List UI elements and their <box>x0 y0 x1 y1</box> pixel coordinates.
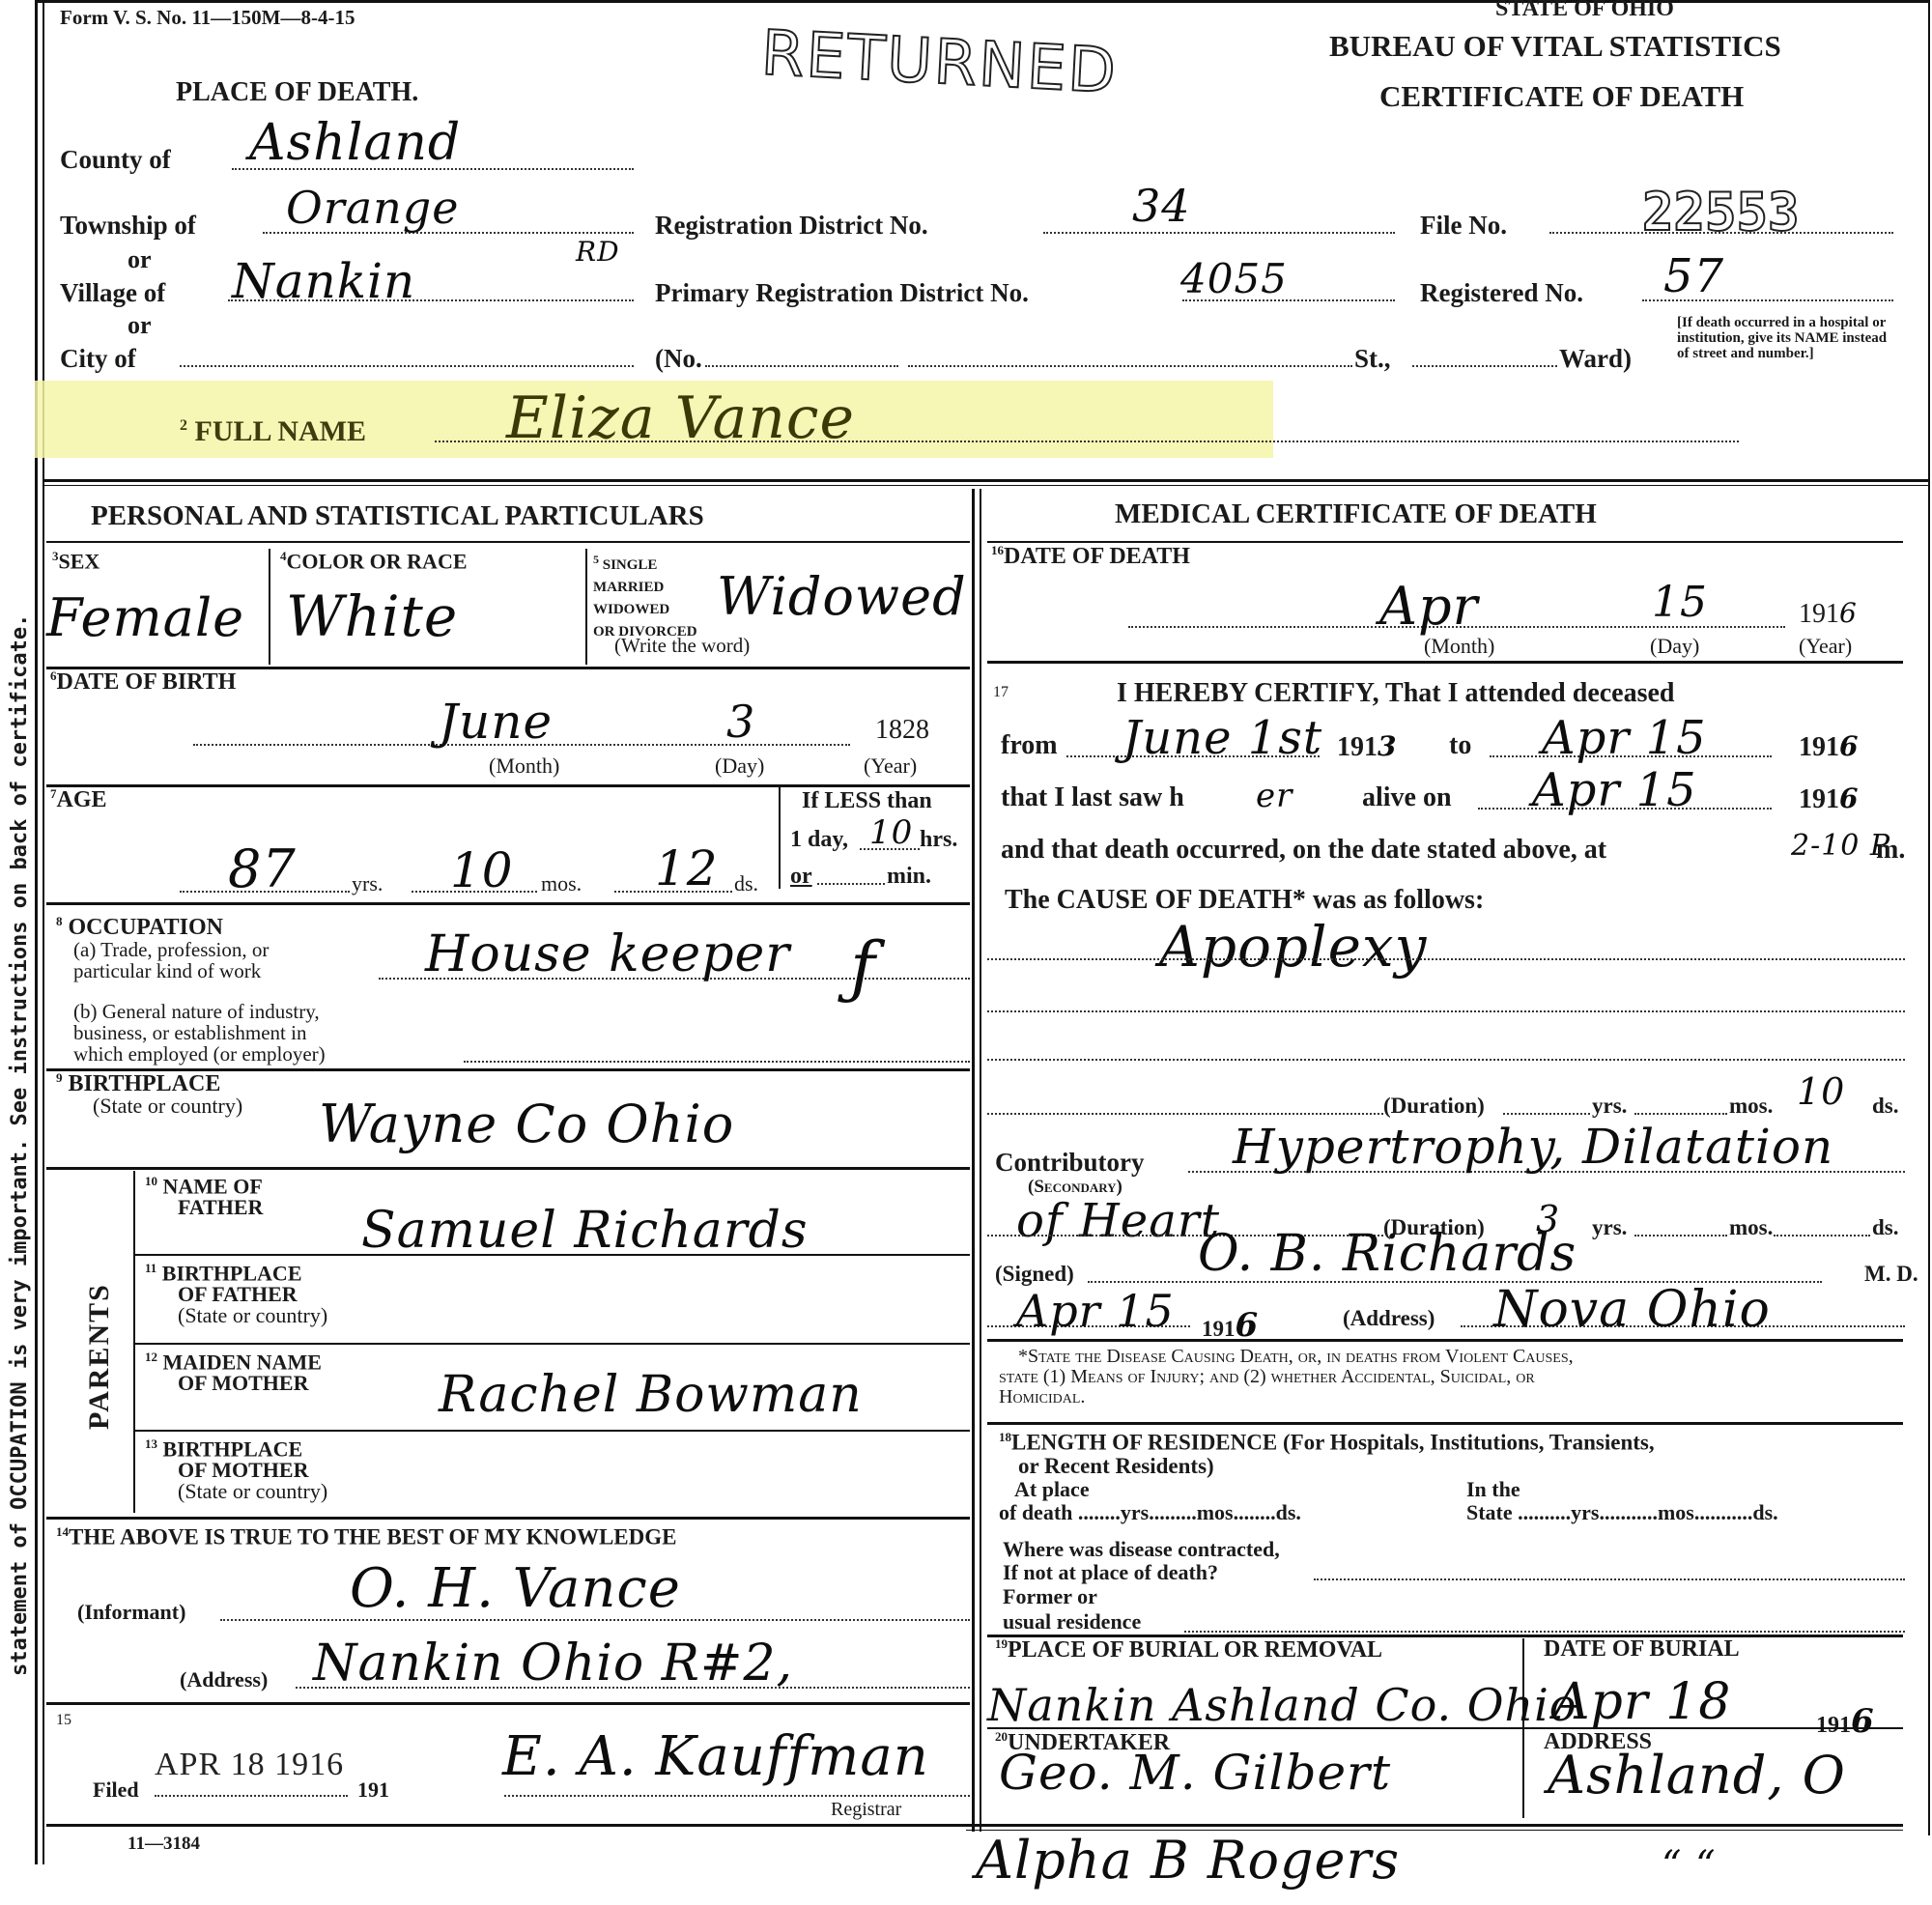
personal-heading-rule <box>46 541 970 543</box>
section-separator <box>44 479 1928 482</box>
dod-day-caption: (Day) <box>1650 634 1699 659</box>
cause-duration-yrs: yrs. <box>1592 1094 1627 1119</box>
city-label: City of <box>60 344 136 374</box>
where-contracted-label: Where was disease contracted, If not at … <box>1003 1538 1280 1584</box>
certificate-title: CERTIFICATE OF DEATH <box>1379 79 1744 114</box>
contrib-duration-ds-line <box>1774 1235 1870 1237</box>
filing-num: 15 <box>56 1712 71 1729</box>
street-line <box>908 365 1352 367</box>
row-rule-mother-bp <box>135 1430 970 1432</box>
undertaker-address-value[interactable]: Ashland, O <box>1548 1745 1846 1805</box>
informant-address-label: (Address) <box>180 1667 268 1692</box>
dob-day-caption: (Day) <box>715 753 764 779</box>
father-bp-label: 11 BIRTHPLACE OF FATHER (State or countr… <box>145 1258 327 1326</box>
primary-district-label: Primary Registration District No. <box>655 278 1029 308</box>
from-value[interactable]: June 1st <box>1122 711 1322 765</box>
day-hrs-label: 1 day, <box>790 827 848 853</box>
age-label: 7AGE <box>50 786 107 813</box>
mother-bp-label: 13 BIRTHPLACE OF MOTHER (State or countr… <box>145 1434 327 1502</box>
reg-district-label: Registration District No. <box>655 211 928 241</box>
cause-line-2 <box>987 1010 1905 1012</box>
to-year[interactable]: 1916 <box>1799 730 1859 763</box>
md-address-value[interactable]: Nova Ohio <box>1493 1281 1771 1339</box>
occurred-label: and that death occurred, on the date sta… <box>1001 835 1606 866</box>
cause-duration-ds-value[interactable]: 10 <box>1797 1070 1845 1113</box>
sex-label: 3SEX <box>52 549 99 574</box>
contributory-value-2[interactable]: of Heart <box>1016 1194 1220 1248</box>
row-rule-residence <box>987 1422 1903 1425</box>
father-label: 10 NAME OF FATHER <box>145 1171 263 1218</box>
contrib-duration-mos: mos. <box>1729 1215 1773 1240</box>
full-name-label: 2 FULL NAME <box>180 415 366 448</box>
alive-on-value[interactable]: Apr 15 <box>1532 763 1697 817</box>
hrs-value[interactable]: 10 <box>869 813 913 852</box>
to-label: to <box>1449 730 1471 761</box>
signed-value[interactable]: O. B. Richards <box>1198 1225 1577 1283</box>
cause-duration-line <box>987 1113 1383 1115</box>
residence-label: 18LENGTH OF RESIDENCE (For Hospitals, In… <box>999 1426 1655 1478</box>
ward-label: Ward) <box>1559 344 1632 374</box>
dob-year-caption: (Year) <box>864 753 917 779</box>
burial-date-label: DATE OF BURIAL <box>1544 1636 1740 1663</box>
or-label-1: or <box>128 245 152 274</box>
md-address-label: (Address) <box>1343 1306 1435 1331</box>
row-rule-father-bp <box>135 1254 970 1256</box>
county-label: County of <box>60 145 171 175</box>
street-no-label: (No. <box>655 344 702 374</box>
race-value[interactable]: White <box>286 583 458 649</box>
dob-month[interactable]: June <box>439 694 553 750</box>
signed-date[interactable]: Apr 15 <box>1016 1285 1175 1337</box>
burial-label: 19PLACE OF BURIAL OR REMOVAL <box>995 1636 1382 1663</box>
filed-year-prefix: 191 <box>357 1777 389 1803</box>
place-of-death-heading: PLACE OF DEATH. <box>176 77 418 108</box>
undertaker-value[interactable]: Geo. M. Gilbert <box>999 1745 1391 1801</box>
filed-stamp[interactable]: APR 18 1916 <box>155 1747 344 1783</box>
md-label: M. D. <box>1864 1262 1918 1287</box>
sex-label-text: SEX <box>59 549 100 573</box>
in-state-label: In the State ..........yrs...........mos… <box>1466 1478 1778 1524</box>
cause-duration-ds: ds. <box>1872 1094 1899 1119</box>
marital-hint: (Write the word) <box>614 634 750 658</box>
dod-month[interactable]: Apr <box>1379 576 1478 637</box>
father-value[interactable]: Samuel Richards <box>361 1202 809 1260</box>
or-min-label: or <box>790 864 812 890</box>
occ-correction-mark: ƒ <box>850 927 876 1007</box>
cause-duration-mos: mos. <box>1729 1094 1773 1119</box>
informant-address-value[interactable]: Nankin Ohio R#2, <box>313 1635 793 1692</box>
parents-divider <box>133 1171 135 1513</box>
row-rule-mother <box>135 1343 970 1345</box>
marital-widowed: WIDOWED <box>593 599 697 621</box>
row-rule-bottom <box>966 1824 1903 1827</box>
occupation-label: 8 OCCUPATION <box>56 914 223 941</box>
dob-label: 6DATE OF BIRTH <box>50 668 236 696</box>
race-label-text: COLOR OR RACE <box>287 549 468 573</box>
state-title: STATE OF OHIO <box>1495 0 1674 22</box>
full-name-label-text: FULL NAME <box>195 415 367 447</box>
marital-single: 5 SINGLE <box>593 549 697 577</box>
mother-label: 12 MAIDEN NAME OF MOTHER <box>145 1347 322 1394</box>
occ-b-line <box>464 1061 970 1063</box>
extra-signature[interactable]: Alpha B Rogers <box>976 1830 1400 1891</box>
contributory-value-1[interactable]: Hypertrophy, Dilatation <box>1233 1119 1833 1175</box>
ward-line <box>1412 365 1557 367</box>
township-label: Township of <box>60 211 196 241</box>
full-name-num: 2 <box>180 417 187 434</box>
burial-date-value[interactable]: Apr 18 <box>1553 1673 1731 1731</box>
contrib-duration-mos-line <box>1634 1235 1727 1237</box>
mother-value[interactable]: Rachel Bowman <box>439 1366 863 1424</box>
personal-heading: PERSONAL AND STATISTICAL PARTICULARS <box>91 500 704 532</box>
signed-label: (Signed) <box>995 1262 1074 1287</box>
reg-district-line <box>1043 232 1395 234</box>
from-year[interactable]: 1913 <box>1337 730 1397 763</box>
cause-duration-mos-line <box>1634 1113 1727 1115</box>
row-rule-occupation <box>46 902 970 905</box>
dod-year-caption: (Year) <box>1799 634 1852 659</box>
bureau-title: BUREAU OF VITAL STATISTICS <box>1329 29 1781 64</box>
cause-duration-label: (Duration) <box>1383 1094 1485 1119</box>
registrar-signature[interactable]: E. A. Kauffman <box>502 1725 929 1788</box>
certify-num: 17 <box>993 684 1009 701</box>
at-place-label: At place of death ........yrs.........mo… <box>999 1478 1301 1524</box>
former-residence-line <box>1184 1631 1905 1633</box>
parents-label: PARENTS <box>83 1283 116 1430</box>
race-marital-divider <box>585 549 587 665</box>
cause-line-1 <box>987 958 1905 960</box>
ditto-marks: “ “ <box>1662 1843 1717 1888</box>
age-yrs-caption: yrs. <box>352 871 383 896</box>
row-rule-informant <box>46 1517 970 1520</box>
row-rule-age <box>46 784 970 787</box>
min-caption: min. <box>887 864 931 890</box>
village-note: RD <box>576 236 620 268</box>
village-label: Village of <box>60 278 165 308</box>
right-border <box>1928 0 1930 1835</box>
occ-b-label: (b) General nature of industry, business… <box>73 1001 326 1065</box>
primary-district-value[interactable]: 4055 <box>1180 255 1288 302</box>
dod-month-caption: (Month) <box>1424 634 1494 659</box>
center-divider-right <box>980 489 981 1832</box>
hrs-caption: hrs. <box>920 827 957 853</box>
age-ds-caption: ds. <box>734 871 758 896</box>
alive-year[interactable]: 1916 <box>1799 782 1859 815</box>
birthplace-sub: (State or country) <box>93 1094 242 1119</box>
row-rule-filing <box>46 1702 970 1705</box>
certify-line1: I HEREBY CERTIFY, That I attended deceas… <box>1117 678 1675 709</box>
row-rule-certify <box>987 661 1903 664</box>
cause-label: The CAUSE OF DEATH* was as follows: <box>1005 885 1484 916</box>
footnote: *State the Disease Causing Death, or, in… <box>999 1347 1574 1407</box>
marital-married: MARRIED <box>593 577 697 599</box>
file-no-label: File No. <box>1420 211 1507 241</box>
file-no-value[interactable]: 22553 <box>1642 182 1800 242</box>
age-years-value[interactable]: 87 <box>228 839 297 899</box>
occ-a-label: (a) Trade, profession, or particular kin… <box>73 939 269 981</box>
former-residence-label: Former or usual residence <box>1003 1584 1141 1635</box>
dod-day[interactable]: 15 <box>1652 578 1708 627</box>
dob-year[interactable]: 1828 <box>875 715 929 746</box>
street-no-line <box>705 365 898 367</box>
to-value[interactable]: Apr 15 <box>1542 711 1707 765</box>
section-separator-2 <box>44 485 1928 486</box>
reg-district-value[interactable]: 34 <box>1132 180 1191 232</box>
form-code: 11—3184 <box>128 1834 200 1855</box>
cause-duration-yrs-line <box>1503 1113 1590 1115</box>
age-mos-caption: mos. <box>541 871 582 896</box>
less-than-label: If LESS than <box>802 788 932 814</box>
informant-label: (Informant) <box>77 1600 185 1625</box>
center-divider-left <box>972 489 975 1832</box>
time-suffix: m. <box>1876 835 1905 866</box>
cause-value[interactable]: Apoplexy <box>1159 914 1427 980</box>
filed-label: Filed <box>93 1777 139 1803</box>
burial-value[interactable]: Nankin Ashland Co. Ohio <box>987 1679 1577 1731</box>
marital-options: 5 SINGLE MARRIED WIDOWED OR DIVORCED <box>593 549 697 643</box>
dod-label: 16DATE OF DEATH <box>991 543 1190 570</box>
returned-stamp: RETURNED <box>759 17 1119 107</box>
full-name-value[interactable]: Eliza Vance <box>506 384 855 452</box>
registered-no-value[interactable]: 57 <box>1663 249 1724 303</box>
street-st-label: St., <box>1354 344 1391 374</box>
age-months-value[interactable]: 10 <box>450 842 514 898</box>
dob-day[interactable]: 3 <box>726 696 755 748</box>
last-saw-pronoun[interactable]: er <box>1256 777 1293 815</box>
township-value[interactable]: Orange <box>286 182 459 234</box>
row-rule-parents <box>46 1167 970 1170</box>
left-border-outer <box>35 0 38 1864</box>
race-label: 4COLOR OR RACE <box>280 549 468 574</box>
occ-a-value[interactable]: House keeper <box>425 925 790 983</box>
contributory-label: Contributory <box>995 1148 1145 1178</box>
birthplace-value[interactable]: Wayne Co Ohio <box>319 1094 734 1154</box>
cause-line-3 <box>987 1059 1905 1061</box>
contrib-duration-ds: ds. <box>1872 1215 1899 1240</box>
form-number: Form V. S. No. 11—150M—8-4-15 <box>60 6 355 30</box>
registrar-label: Registrar <box>831 1799 901 1821</box>
left-border-inner <box>43 0 44 1864</box>
registrar-line <box>504 1795 970 1797</box>
city-line <box>180 365 634 367</box>
registered-no-label: Registered No. <box>1420 278 1583 308</box>
informant-value[interactable]: O. H. Vance <box>350 1557 681 1620</box>
row-rule-footnote <box>987 1339 1903 1342</box>
informant-heading: 14THE ABOVE IS TRUE TO THE BEST OF MY KN… <box>56 1524 677 1550</box>
hospital-note: [If death occurred in a hospital or inst… <box>1677 315 1897 361</box>
alive-on-label: alive on <box>1362 782 1452 813</box>
or-label-2: or <box>128 311 152 340</box>
where-contracted-line <box>1314 1578 1905 1580</box>
village-value[interactable]: Nankin <box>232 253 415 309</box>
age-less-divider <box>779 786 781 889</box>
sex-value[interactable]: Female <box>46 587 244 648</box>
sex-race-divider <box>269 549 270 665</box>
county-value[interactable]: Ashland <box>249 114 461 172</box>
dod-year[interactable]: 1916 <box>1799 597 1858 630</box>
filed-line <box>155 1795 348 1797</box>
last-saw-label: that I last saw h <box>1001 782 1184 813</box>
dob-month-caption: (Month) <box>489 753 559 779</box>
medical-heading: MEDICAL CERTIFICATE OF DEATH <box>1115 498 1597 530</box>
marital-value[interactable]: Widowed <box>717 566 967 627</box>
burial-year[interactable]: 1916 <box>1816 1702 1875 1741</box>
row-rule-formcode <box>46 1824 970 1827</box>
age-days-value[interactable]: 12 <box>655 840 719 896</box>
from-label: from <box>1001 730 1058 761</box>
occupation-notice: statement of OCCUPATION is very importan… <box>8 614 32 1676</box>
contrib-duration-yrs: yrs. <box>1592 1215 1627 1240</box>
min-line <box>817 883 885 885</box>
